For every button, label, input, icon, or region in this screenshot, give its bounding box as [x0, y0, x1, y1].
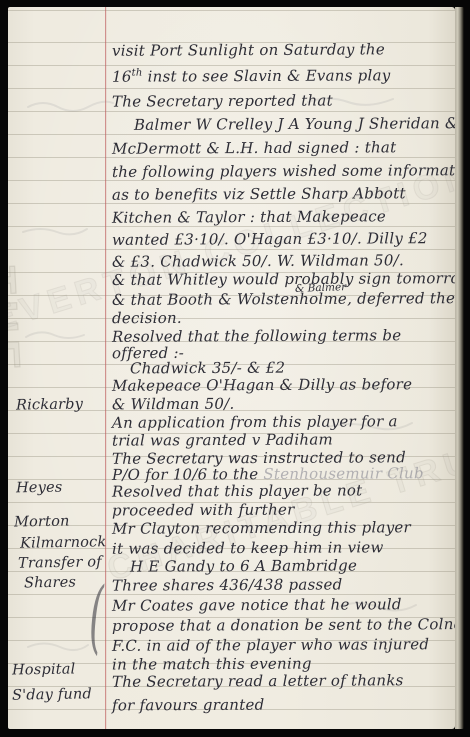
handwriting-line: Resolved that this player be not: [112, 481, 362, 500]
margin-note: Morton: [14, 514, 70, 531]
handwriting-segment: 16: [112, 68, 132, 86]
handwriting-line: McDermott & L.H. had signed : that: [112, 138, 396, 157]
handwriting-segment: Stenhousemuir Club: [263, 464, 424, 483]
handwriting-segment: Three shares 436/438 passed: [112, 575, 343, 594]
handwriting-segment: Resolved that the following terms be: [112, 326, 401, 346]
handwriting-segment: The Secretary read a letter of thanks: [112, 671, 404, 691]
handwriting-line: H E Gandy to 6 A Bambridge: [130, 556, 357, 575]
handwriting-line: as to benefits viz Settle Sharp Abbott: [112, 184, 406, 204]
handwriting-layer: & Balmer ( visit Port Sunlight on Saturd…: [8, 7, 455, 729]
handwriting-segment: H E Gandy to 6 A Bambridge: [130, 556, 357, 575]
margin-note: Heyes: [16, 480, 63, 497]
handwriting-segment: McDermott & L.H. had signed : that: [112, 138, 396, 157]
handwriting-line: Three shares 436/438 passed: [112, 575, 343, 594]
handwriting-line: & £3. Chadwick 50/. W. Wildman 50/.: [112, 251, 404, 271]
handwriting-segment: Makepeace O'Hagan & Dilly as before: [112, 375, 412, 395]
handwriting-segment: trial was granted v Padiham: [112, 430, 333, 449]
minute-book-page: THE EVERTON COLLECTION CHARITABLE TRUST …: [8, 7, 455, 729]
handwriting-line: proceeded with further: [112, 501, 295, 520]
handwriting-line: wanted £3·10/. O'Hagan £3·10/. Dilly £2: [112, 229, 428, 249]
handwriting-segment: th: [132, 68, 143, 79]
handwriting-line: Chadwick 35/- & £2: [130, 359, 285, 378]
handwriting-line: visit Port Sunlight on Saturday the: [112, 40, 385, 59]
handwriting-line: Resolved that the following terms be: [112, 326, 401, 346]
handwriting-line: propose that a donation be sent to the C…: [112, 615, 455, 635]
handwriting-segment: Mr Coates gave notice that he would: [112, 595, 402, 615]
handwriting-segment: & £3. Chadwick 50/. W. Wildman 50/.: [112, 251, 404, 271]
handwriting-line: for favours granted: [112, 696, 265, 715]
handwriting-segment: Mr Clayton recommending this player: [112, 518, 411, 538]
handwriting-line: Balmer W Crelley J A Young J Sheridan &: [134, 114, 455, 134]
handwriting-segment: wanted £3·10/. O'Hagan £3·10/. Dilly £2: [112, 229, 428, 249]
handwriting-segment: & that Whitley would probably sign tomor…: [112, 269, 455, 289]
margin-note: Transfer of: [18, 554, 102, 571]
margin-bracket: (: [89, 569, 105, 663]
handwriting-segment: inst to see Slavin & Evans play: [143, 66, 391, 85]
handwriting-line: The Secretary read a letter of thanks: [112, 671, 404, 691]
handwriting-segment: & that Booth & Wolstenholme, deferred th…: [112, 289, 455, 309]
handwriting-segment: Chadwick 35/- & £2: [130, 359, 285, 378]
handwriting-segment: Balmer W Crelley J A Young J Sheridan &: [134, 114, 455, 134]
handwriting-line: & that Whitley would probably sign tomor…: [112, 269, 455, 289]
handwriting-segment: F.C. in aid of the player who was injure…: [112, 635, 429, 655]
handwriting-segment: propose that a donation be sent to the C…: [112, 615, 455, 635]
handwriting-line: it was decided to keep him in view: [112, 538, 384, 557]
handwriting-segment: Resolved that this player be not: [112, 481, 362, 500]
handwriting-line: The Secretary reported that: [112, 91, 333, 110]
handwriting-line: Mr Coates gave notice that he would: [112, 595, 402, 615]
handwriting-line: in the match this evening: [112, 654, 312, 673]
handwriting-segment: it was decided to keep him in view: [112, 538, 384, 557]
handwriting-line: decision.: [112, 309, 182, 327]
handwriting-line: F.C. in aid of the player who was injure…: [112, 635, 429, 655]
handwriting-line: 16th inst to see Slavin & Evans play: [112, 66, 391, 85]
handwriting-segment: the following players wished some inform…: [112, 161, 455, 181]
margin-note: S'day fund: [12, 686, 92, 703]
handwriting-line: Mr Clayton recommending this player: [112, 518, 411, 538]
handwriting-segment: in the match this evening: [112, 654, 312, 673]
margin-note: Rickarby: [16, 396, 83, 413]
handwriting-line: & that Booth & Wolstenholme, deferred th…: [112, 289, 455, 309]
handwriting-segment: decision.: [112, 309, 182, 327]
handwriting-line: Kitchen & Taylor : that Makepeace: [112, 207, 386, 226]
handwriting-line: Makepeace O'Hagan & Dilly as before: [112, 375, 412, 395]
handwriting-segment: visit Port Sunlight on Saturday the: [112, 40, 385, 59]
handwriting-segment: The Secretary reported that: [112, 91, 333, 110]
handwriting-segment: proceeded with further: [112, 501, 295, 520]
margin-note: Hospital: [12, 661, 76, 678]
handwriting-segment: for favours granted: [112, 696, 265, 715]
handwriting-segment: An application from this player for a: [112, 412, 398, 431]
handwriting-line: the following players wished some inform…: [112, 161, 455, 181]
handwriting-line: An application from this player for a: [112, 412, 398, 431]
handwriting-line: & Wildman 50/.: [112, 395, 235, 414]
handwriting-line: trial was granted v Padiham: [112, 430, 333, 449]
page-stack-edge: [455, 7, 464, 729]
handwriting-segment: Kitchen & Taylor : that Makepeace: [112, 207, 386, 226]
margin-note: Kilmarnock: [20, 534, 107, 552]
handwriting-segment: as to benefits viz Settle Sharp Abbott: [112, 184, 406, 204]
margin-note: Shares: [24, 575, 76, 592]
handwriting-segment: & Wildman 50/.: [112, 395, 235, 414]
